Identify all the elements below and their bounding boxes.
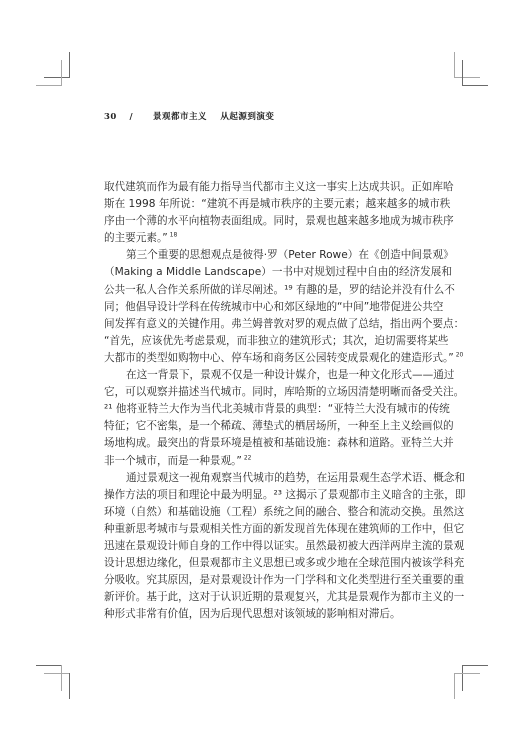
text-line: ²¹ 他将亚特兰大作为当代北美城市背景的典型：“亚特兰大没有城市的传统 [104,401,380,418]
text-line-content: “首先，应该优先考虑景观，而非独立的建筑形式；其次，迫切需要将某些 [104,335,449,347]
text-line-content: 第三个重要的思想观点是彼得·罗（Peter Rowe）在《创造中间景观》 [126,249,454,261]
text-line-content: 环境（自然）和基础设施（工程）系统之间的融合、整合和流动交换。虽然这 [104,506,464,518]
text-line-content: 的主要元素。” [104,232,168,244]
text-line-content: 非一个城市，而是一种景观。” [104,455,242,467]
text-line-content: 公共一私人合作关系所做的详尽阐述。¹⁹ 有趣的是，罗的结论并没有什么不 [104,284,455,296]
text-line-content: 种重新思考城市与景观相关性方面的新发现首先体现在建筑师的工作中，但它 [104,523,464,535]
text-line: 非一个城市，而是一种景观。” 22 [104,453,380,470]
text-line: 迅速在景观设计师自身的工作中得以证实。虽然最初被大西洋两岸主流的景观 [104,538,380,555]
footnote-ref: 20 [454,351,464,358]
text-line: 特征；它不密集，是一个稀疏、薄垫式的栖居场所，一种至上主义绘画似的 [104,418,380,435]
text-line-content: 新评价。基于此，这对于认识近期的景观复兴，尤其是景观作为都市主义的一 [104,591,464,603]
running-header: 30 / 景观都市主义 从起源到演变 [104,110,274,122]
text-line: 环境（自然）和基础设施（工程）系统之间的融合、整合和流动交换。虽然这 [104,504,380,521]
page-number: 30 [104,112,126,122]
text-line-content: 种形式非常有价值，因为后现代思想对该领域的影响相对滞后。 [104,608,401,620]
text-line-content: 特征；它不密集，是一个稀疏、薄垫式的栖居场所，一种至上主义绘画似的 [104,420,454,432]
text-line: 在这一背景下，景观不仅是一种设计媒介，也是一种文化形式——通过 [104,367,380,384]
text-line: 新评价。基于此，这对于认识近期的景观复兴，尤其是景观作为都市主义的一 [104,589,380,606]
text-line: 操作方法的项目和理论中最为明显。²³ 这揭示了景观都市主义暗含的主张，即 [104,487,380,504]
text-line: 它，可以观察并描述当代城市。同时，库哈斯的立场因清楚明晰而备受关注。 [104,384,380,401]
text-line: 大都市的类型如购物中心、停车场和商务区公园转变成景观化的建造形式。” 20 [104,350,380,367]
body-text: 取代建筑而作为最有能力指导当代都市主义这一事实上达成共识。正如库哈斯在 1998… [104,179,380,623]
text-line: 第三个重要的思想观点是彼得·罗（Peter Rowe）在《创造中间景观》 [104,247,380,264]
text-line-content: 设计思想边缘化，但景观都市主义思想已或多或少地在全球范围内被该学科充 [104,557,464,569]
text-line-content: 序由一个薄的水平向植物表面组成。同时，景观也越来越多地成为城市秩序 [104,215,454,227]
header-separator: / [129,112,149,122]
text-line-content: （Making a Middle Landscape）一书中对规划过程中自由的经… [104,266,452,278]
text-line-content: 取代建筑而作为最有能力指导当代都市主义这一事实上达成共识。正如库哈 [104,181,454,193]
text-line: 分吸收。究其原因，是对景观设计作为一门学科和文化类型进行至关重要的重 [104,572,380,589]
text-line: 公共一私人合作关系所做的详尽阐述。¹⁹ 有趣的是，罗的结论并没有什么不 [104,282,380,299]
text-line-content: 场地构成。最突出的背景环境是植被和基础设施：森林和道路。亚特兰大并 [104,437,454,449]
text-line-content: 分吸收。究其原因，是对景观设计作为一门学科和文化类型进行至关重要的重 [104,574,464,586]
text-line-content: 通过景观这一视角观察当代城市的趋势，在运用景观生态学术语、概念和 [126,472,465,484]
text-line-content: ²¹ 他将亚特兰大作为当代北美城市背景的典型：“亚特兰大没有城市的传统 [104,403,450,415]
text-line: 同；他倡导设计学科在传统城市中心和郊区绿地的“中间”地带促进公共空 [104,299,380,316]
text-line: 场地构成。最突出的背景环境是植被和基础设施：森林和道路。亚特兰大并 [104,435,380,452]
footnote-ref: 18 [168,232,178,239]
book-subtitle: 从起源到演变 [220,110,274,122]
text-line: 的主要元素。” 18 [104,230,380,247]
text-line: 种重新思考城市与景观相关性方面的新发现首先体现在建筑师的工作中，但它 [104,521,380,538]
text-line: 通过景观这一视角观察当代城市的趋势，在运用景观生态学术语、概念和 [104,470,380,487]
footnote-ref: 22 [242,454,252,461]
text-line: 斯在 1998 年所说：“建筑不再是城市秩序的主要元素；越来越多的城市秩 [104,196,380,213]
text-line-content: 间发挥有意义的关键作用。弗兰姆普敦对罗的观点做了总结，指出两个要点： [104,318,464,330]
text-line-content: 同；他倡导设计学科在传统城市中心和郊区绿地的“中间”地带促进公共空 [104,301,443,313]
text-line-content: 迅速在景观设计师自身的工作中得以证实。虽然最初被大西洋两岸主流的景观 [104,540,464,552]
text-line-content: 在这一背景下，景观不仅是一种设计媒介，也是一种文化形式——通过 [126,369,454,381]
book-title: 景观都市主义 [153,110,207,122]
text-line-content: 斯在 1998 年所说：“建筑不再是城市秩序的主要元素；越来越多的城市秩 [104,198,450,210]
text-line: （Making a Middle Landscape）一书中对规划过程中自由的经… [104,264,380,281]
text-line-content: 操作方法的项目和理论中最为明显。²³ 这揭示了景观都市主义暗含的主张，即 [104,489,465,501]
text-line: “首先，应该优先考虑景观，而非独立的建筑形式；其次，迫切需要将某些 [104,333,380,350]
text-line: 种形式非常有价值，因为后现代思想对该领域的影响相对滞后。 [104,606,380,623]
text-line-content: 它，可以观察并描述当代城市。同时，库哈斯的立场因清楚明晰而备受关注。 [104,386,464,398]
text-line: 设计思想边缘化，但景观都市主义思想已或多或少地在全球范围内被该学科充 [104,555,380,572]
text-line-content: 大都市的类型如购物中心、停车场和商务区公园转变成景观化的建造形式。” [104,352,454,364]
text-line: 取代建筑而作为最有能力指导当代都市主义这一事实上达成共识。正如库哈 [104,179,380,196]
text-line: 序由一个薄的水平向植物表面组成。同时，景观也越来越多地成为城市秩序 [104,213,380,230]
text-line: 间发挥有意义的关键作用。弗兰姆普敦对罗的观点做了总结，指出两个要点： [104,316,380,333]
